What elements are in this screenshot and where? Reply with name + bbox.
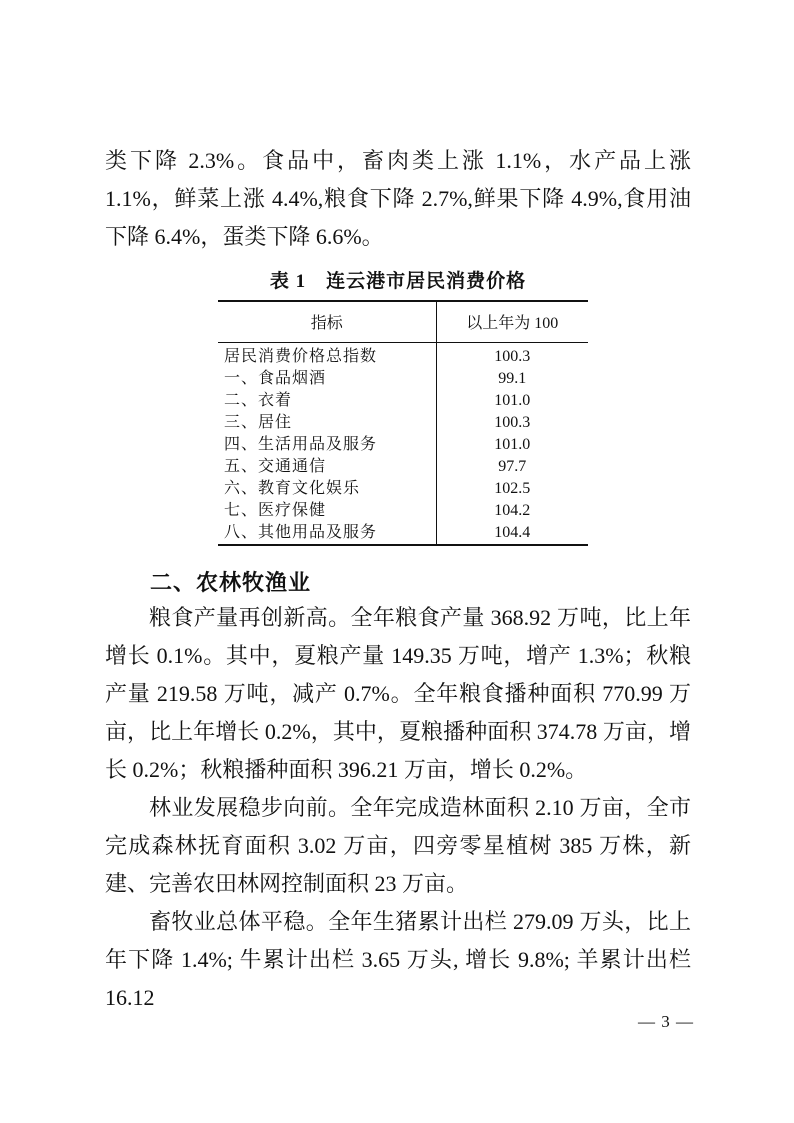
- indicator-cell: 一、食品烟酒: [218, 368, 436, 390]
- indicator-cell: 七、医疗保健: [218, 500, 436, 522]
- value-cell: 102.5: [436, 478, 588, 500]
- indicator-cell: 五、交通通信: [218, 456, 436, 478]
- table-row: 六、教育文化娱乐 102.5: [218, 478, 588, 500]
- indicator-cell: 六、教育文化娱乐: [218, 478, 436, 500]
- section-heading-agriculture: 二、农林牧渔业: [150, 566, 311, 597]
- indicator-cell: 八、其他用品及服务: [218, 522, 436, 545]
- table-row: 二、衣着 101.0: [218, 390, 588, 412]
- page-number: — 3 —: [638, 1010, 694, 1034]
- indicator-cell: 二、衣着: [218, 390, 436, 412]
- indicator-cell: 四、生活用品及服务: [218, 434, 436, 456]
- table-row: 四、生活用品及服务 101.0: [218, 434, 588, 456]
- table-row: 七、医疗保健 104.2: [218, 500, 588, 522]
- table-row: 居民消费价格总指数 100.3: [218, 342, 588, 368]
- table-header-indicator: 指标: [218, 301, 436, 342]
- table-header: 指标 以上年为 100: [218, 301, 588, 342]
- table-header-row: 指标 以上年为 100: [218, 301, 588, 342]
- table-row: 一、食品烟酒 99.1: [218, 368, 588, 390]
- table-title: 表 1 连云港市居民消费价格: [105, 266, 691, 293]
- value-cell: 100.3: [436, 342, 588, 368]
- document-page: 类下降 2.3%。食品中，畜肉类上涨 1.1%，水产品上涨 1.1%，鲜菜上涨 …: [0, 0, 794, 1123]
- table-row: 五、交通通信 97.7: [218, 456, 588, 478]
- indicator-cell: 居民消费价格总指数: [218, 342, 436, 368]
- value-cell: 101.0: [436, 390, 588, 412]
- consumer-price-table: 指标 以上年为 100 居民消费价格总指数 100.3 一、食品烟酒 99.1 …: [218, 300, 588, 546]
- table-row: 八、其他用品及服务 104.4: [218, 522, 588, 545]
- paragraph-forestry: 林业发展稳步向前。全年完成造林面积 2.10 万亩，全市完成森林抚育面积 3.0…: [105, 789, 691, 903]
- table-row: 三、居住 100.3: [218, 412, 588, 434]
- value-cell: 104.2: [436, 500, 588, 522]
- indicator-cell: 三、居住: [218, 412, 436, 434]
- value-cell: 104.4: [436, 522, 588, 545]
- paragraph-livestock: 畜牧业总体平稳。全年生猪累计出栏 279.09 万头，比上年下降 1.4%; 牛…: [105, 903, 691, 1017]
- paragraph-consumer-prices: 类下降 2.3%。食品中，畜肉类上涨 1.1%，水产品上涨 1.1%，鲜菜上涨 …: [105, 142, 691, 256]
- table-header-value: 以上年为 100: [436, 301, 588, 342]
- value-cell: 100.3: [436, 412, 588, 434]
- table-body: 居民消费价格总指数 100.3 一、食品烟酒 99.1 二、衣着 101.0 三…: [218, 342, 588, 545]
- value-cell: 99.1: [436, 368, 588, 390]
- value-cell: 101.0: [436, 434, 588, 456]
- paragraph-grain-output: 粮食产量再创新高。全年粮食产量 368.92 万吨，比上年增长 0.1%。其中，…: [105, 599, 691, 789]
- value-cell: 97.7: [436, 456, 588, 478]
